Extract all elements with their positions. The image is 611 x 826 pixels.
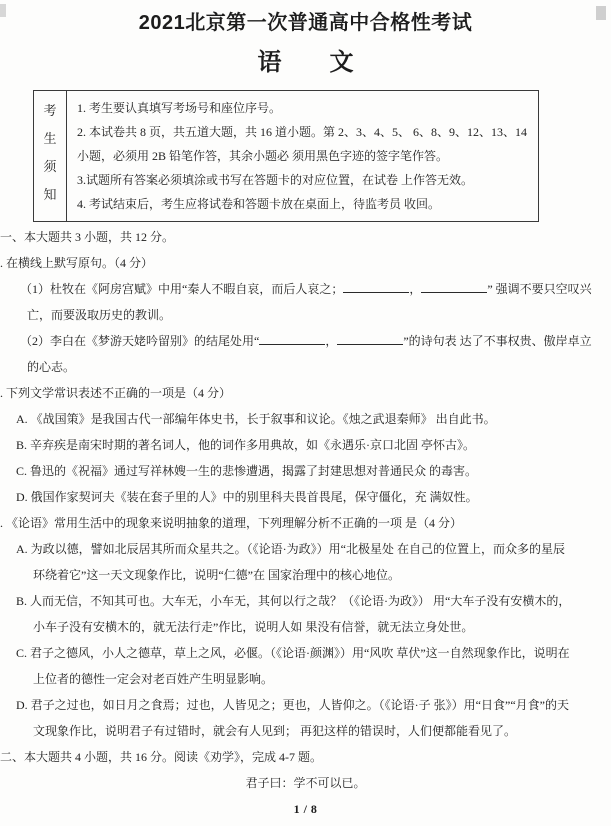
section-one-heading: 一、本大题共 3 小题，共 12 分。 bbox=[0, 224, 611, 250]
question-3-option-a-line-1: A. 为政以德，譬如北辰居其所而众星共之。（《论语·为政》）用“北极星处 在自己… bbox=[0, 536, 611, 562]
question-1-item-1-line-1: （1）杜牧在《阿房宫赋》中用“秦人不暇自哀，而后人哀之；，” 强调不要只空叹兴 bbox=[0, 276, 611, 302]
q1-item-1-lead: （1）杜牧在《阿房宫赋》中用“秦人不暇自哀，而后人哀之； bbox=[20, 282, 343, 296]
page-number: 1 / 8 bbox=[0, 796, 611, 822]
answer-blank bbox=[343, 281, 409, 293]
notice-item: 4. 考试结束后，考生应将试卷和答题卡放在桌面上，待监考员 收回。 bbox=[77, 192, 534, 216]
question-3-option-b-line-2: 小车子没有安横木的，就无法行走”作比，说明人如 果没有信誉，就无法立身处世。 bbox=[0, 614, 611, 640]
notice-side-char: 生 bbox=[34, 125, 66, 153]
notice-items: 1. 考生要认真填写考场号和座位序号。 2. 本试卷共 8 页，共五道大题，共 … bbox=[67, 91, 538, 221]
q1-item-1-separator: ， bbox=[409, 282, 421, 296]
question-3-option-d-line-1: D. 君子之过也，如日月之食焉；过也，人皆见之；更也，人皆仰之。（《论语·子 张… bbox=[0, 692, 611, 718]
question-3-option-d-line-2: 文现象作比，说明君子有过错时，就会有人见到； 再犯这样的错误时，人们便都能看见了… bbox=[0, 718, 611, 744]
notice-item: 1. 考生要认真填写考场号和座位序号。 bbox=[77, 96, 534, 120]
answer-blank bbox=[337, 333, 403, 345]
q1-item-2-tail: ”的诗句表 达了不事权贵、傲岸卓立 bbox=[403, 334, 591, 348]
section-two-heading: 二、本大题共 4 小题，共 16 分。阅读《劝学》，完成 4-7 题。 bbox=[0, 744, 611, 770]
candidate-notice-box: 考 生 须 知 1. 考生要认真填写考场号和座位序号。 2. 本试卷共 8 页，… bbox=[33, 90, 539, 222]
q1-item-2-separator: ， bbox=[325, 334, 337, 348]
notice-item: 3.试题所有答案必须填涂或书写在答题卡的对应位置，在试卷 上作答无效。 bbox=[77, 168, 534, 192]
exam-body: 一、本大题共 3 小题，共 12 分。 1. 在横线上默写原句。（4 分） （1… bbox=[0, 224, 611, 822]
notice-item: 2. 本试卷共 8 页，共五道大题，共 16 道小题。第 2、3、4、5、 6、… bbox=[77, 120, 534, 168]
question-2-option-a: A. 《战国策》是我国古代一部编年体史书，长于叙事和议论。《烛之武退秦师》 出自… bbox=[0, 406, 611, 432]
q1-item-2-lead: （2）李白在《梦游天姥吟留别》的结尾处用“ bbox=[20, 334, 259, 348]
question-1-item-2-line-2: 的心志。 bbox=[0, 354, 611, 380]
scan-artifact-right bbox=[596, 6, 606, 20]
question-2-option-b: B. 辛弃疾是南宋时期的著名词人，他的词作多用典故，如《永遇乐·京口北固 亭怀古… bbox=[0, 432, 611, 458]
question-3-option-b-line-1: B. 人而无信，不知其可也。大车无，小车无，其何以行之哉？（《论语·为政》） 用… bbox=[0, 588, 611, 614]
exam-title: 2021北京第一次普通高中合格性考试 bbox=[0, 0, 611, 36]
subject-title: 语 文 bbox=[0, 48, 611, 78]
question-1-item-2-line-1: （2）李白在《梦游天姥吟留别》的结尾处用“，”的诗句表 达了不事权贵、傲岸卓立 bbox=[0, 328, 611, 354]
exam-paper-page: 2021北京第一次普通高中合格性考试 语 文 考 生 须 知 1. 考生要认真填… bbox=[0, 0, 611, 826]
notice-side-char: 知 bbox=[34, 181, 66, 209]
answer-blank bbox=[259, 333, 325, 345]
question-3-stem: 3. 《论语》常用生活中的现象来说明抽象的道理，下列理解分析不正确的一项 是（4… bbox=[0, 510, 611, 536]
q1-item-1-tail: ” 强调不要只空叹兴 bbox=[487, 282, 591, 296]
question-3-option-a-line-2: 环绕着它”这一天文现象作比，说明“仁德”在 国家治理中的核心地位。 bbox=[0, 562, 611, 588]
question-2-option-d: D. 俄国作家契诃夫《装在套子里的人》中的别里科夫畏首畏尾，保守僵化，充 满奴性… bbox=[0, 484, 611, 510]
question-3-option-c-line-2: 上位者的德性一定会对老百姓产生明显影响。 bbox=[0, 666, 611, 692]
answer-blank bbox=[421, 281, 487, 293]
notice-side-char: 须 bbox=[34, 153, 66, 181]
notice-side-label: 考 生 须 知 bbox=[34, 91, 67, 221]
question-3-option-c-line-1: C. 君子之德风，小人之德草，草上之风，必偃。（《论语·颜渊》）用“风吹 草伏”… bbox=[0, 640, 611, 666]
question-2-option-c: C. 鲁迅的《祝福》通过写祥林嫂一生的悲惨遭遇，揭露了封建思想对普通民众 的毒害… bbox=[0, 458, 611, 484]
question-1-item-1-line-2: 亡，而要汲取历史的教训。 bbox=[0, 302, 611, 328]
scan-artifact-left bbox=[0, 4, 6, 17]
question-1-stem: 1. 在横线上默写原句。（4 分） bbox=[0, 250, 611, 276]
question-2-stem: 2. 下列文学常识表述不正确的一项是（4 分） bbox=[0, 380, 611, 406]
notice-side-char: 考 bbox=[34, 97, 66, 125]
reading-quote: 君子曰：学不可以已。 bbox=[0, 770, 611, 796]
